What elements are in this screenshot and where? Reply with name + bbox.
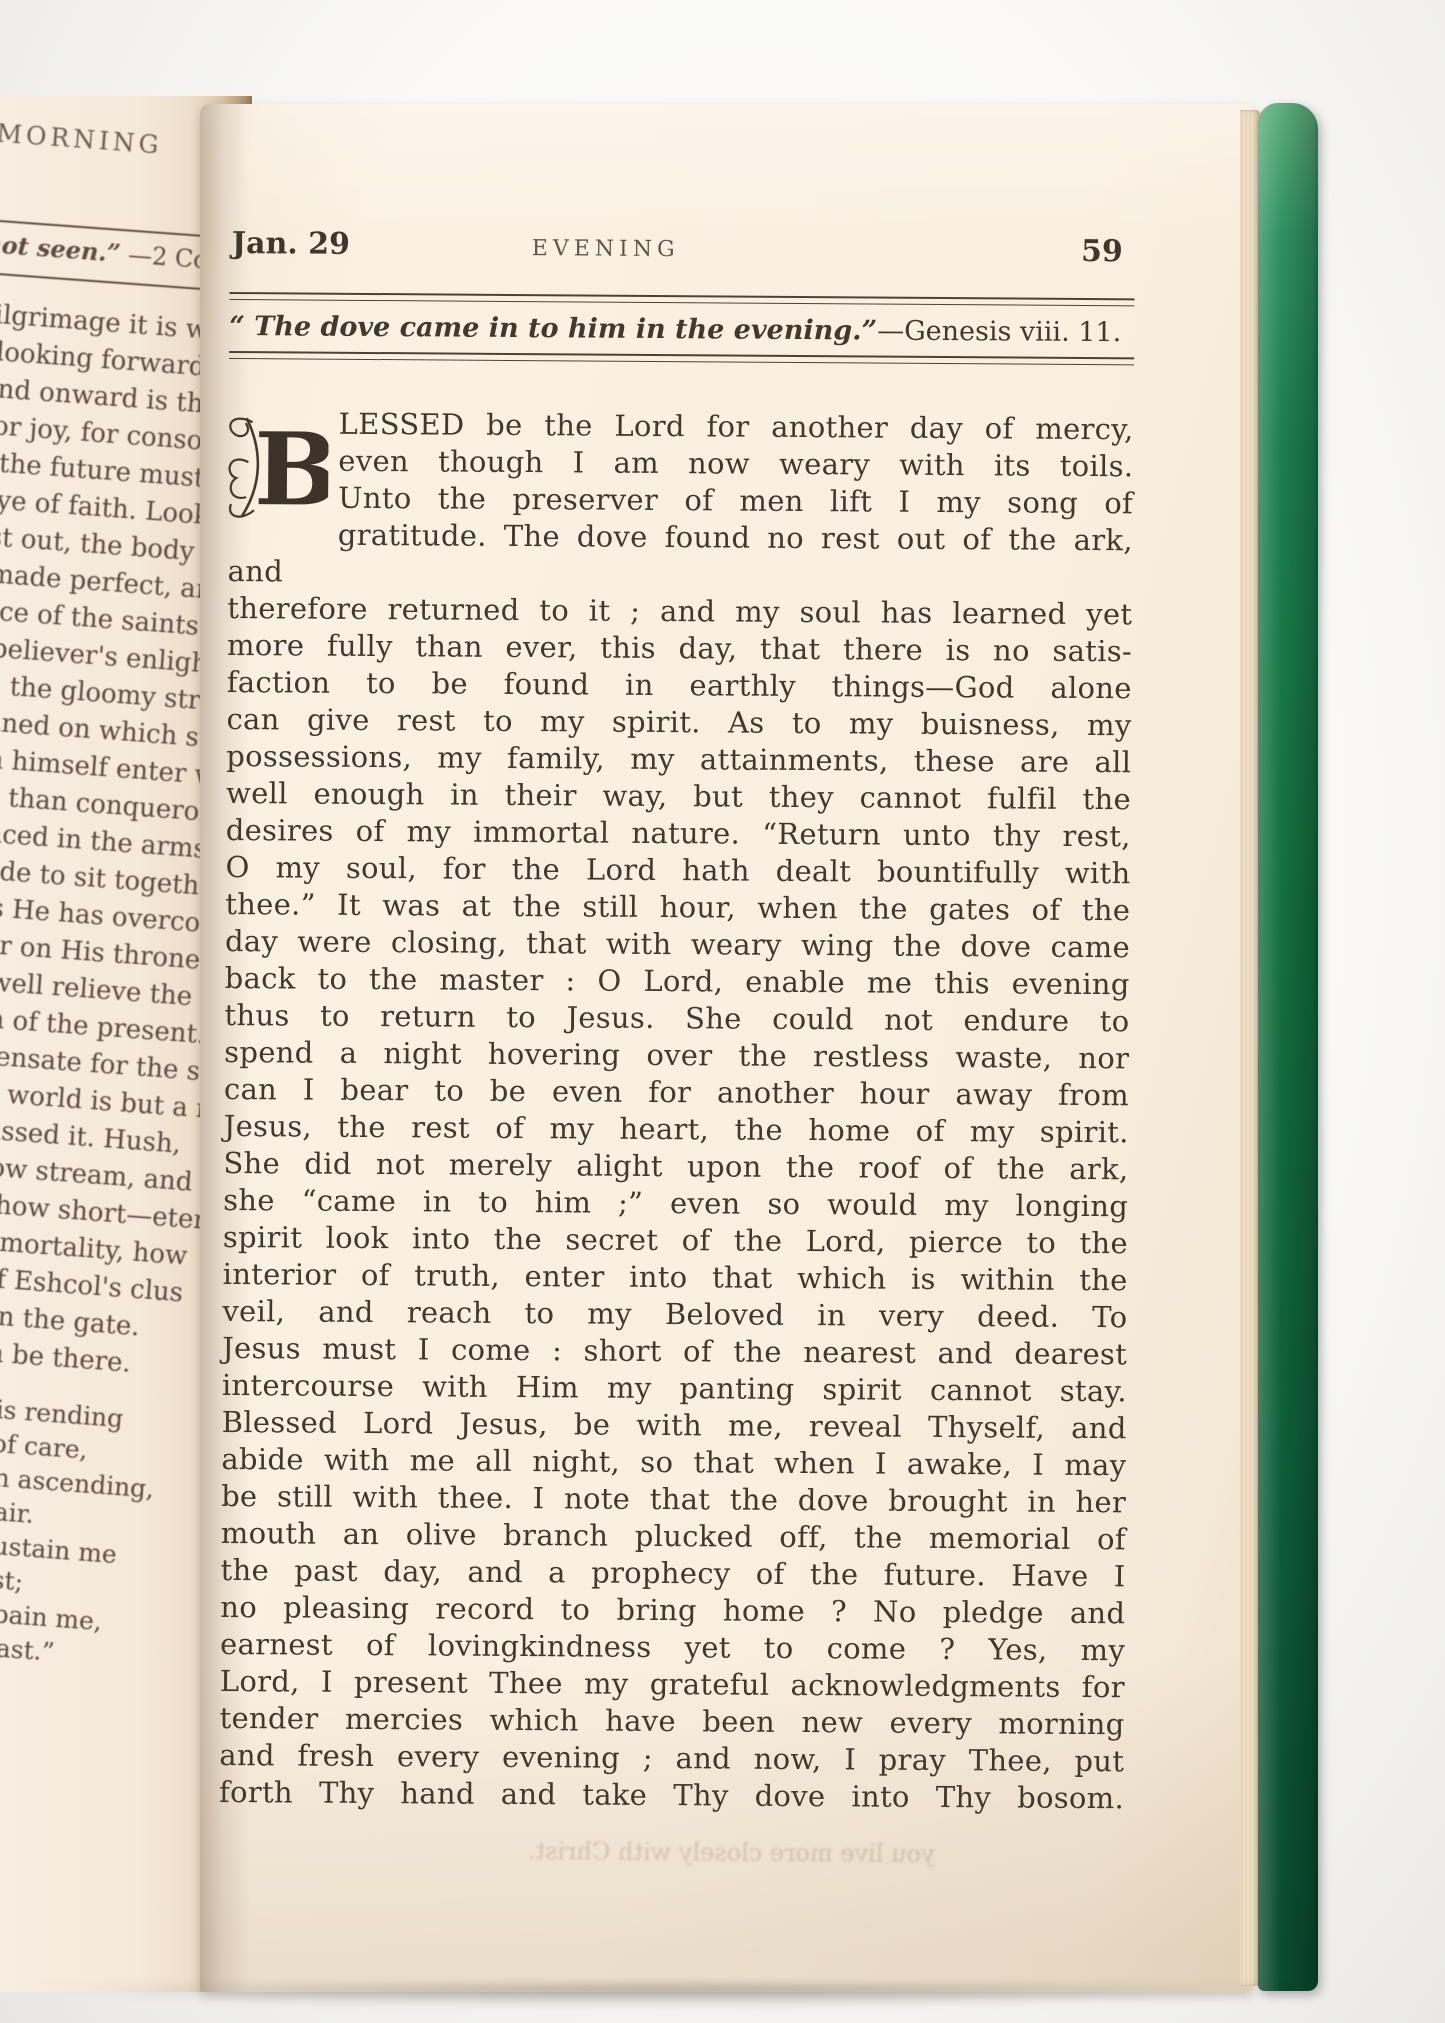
text-line: Jesus must I come : short of the nearest… [222, 1330, 1127, 1373]
right-page: Jan. 29 EVENING 59 “ The dove came in to… [200, 104, 1252, 1992]
text-line: Lord, I present Thee my grateful acknowl… [220, 1663, 1125, 1706]
text-line: Jesus, the rest of my heart, the home of… [224, 1108, 1129, 1151]
text-line: forth Thy hand and take Thy dove into Th… [219, 1774, 1124, 1817]
show-through-text: you live more closely with Christ. [219, 1835, 1124, 1869]
page-number: 59 [1081, 234, 1123, 269]
text-line: no pleasing record to bring home ? No pl… [220, 1589, 1125, 1632]
text-line: can give rest to my spirit. As to my bui… [226, 701, 1131, 744]
text-line: LESSED be the Lord for another day of me… [228, 405, 1133, 448]
page-header: Jan. 29 EVENING 59 [230, 226, 1135, 278]
text-line: She did not merely alight upon the roof … [223, 1145, 1128, 1188]
text-line: day were closing, that with weary wing t… [225, 923, 1130, 966]
green-cloth-cover [1258, 103, 1318, 1991]
quote-reference: —Genesis viii. 11. [877, 316, 1121, 349]
text-line: interior of truth, enter into that which… [223, 1256, 1128, 1299]
text-line: mouth an olive branch plucked off, the m… [221, 1515, 1126, 1558]
book-photo: MORNING Ja not seen.” —2 Corinthians iv.… [0, 0, 1445, 2023]
text-line: more fully than ever, this day, that the… [227, 627, 1132, 670]
text-line: thus to return to Jesus. She could not e… [224, 997, 1129, 1040]
text-line: be still with thee. I note that the dove… [221, 1478, 1126, 1521]
text-line: veil, and reach to my Beloved in very de… [222, 1293, 1127, 1336]
left-poem-fragments: y heart is rendingt storm of care,to hea… [0, 1386, 226, 1681]
text-line: Blessed Lord Jesus, be with me, reveal T… [222, 1404, 1127, 1447]
quote-text: “ The dove came in to him in the evening… [229, 311, 877, 347]
text-line: and fresh every evening ; and now, I pra… [219, 1737, 1124, 1780]
rule-below-quote [229, 351, 1134, 365]
text-line: tender mercies which have been new every… [219, 1700, 1124, 1743]
text-line: gratitude. The dove found no rest out of… [227, 516, 1132, 596]
text-line: earnest of lovingkindness yet to come ? … [220, 1626, 1125, 1669]
text-line: thee.” It was at the still hour, when th… [225, 886, 1130, 929]
header-date: Jan. 29 [232, 226, 350, 262]
text-line: faction to be found in earthly things—Go… [227, 664, 1132, 707]
devotional-text: B LESSED be the Lord for another day of … [219, 405, 1134, 1817]
text-line: she “came in to him ;” even so would my … [223, 1182, 1128, 1225]
rule-above-quote [229, 292, 1134, 306]
right-page-content: Jan. 29 EVENING 59 “ The dove came in to… [219, 226, 1135, 1869]
text-line: even though I am now weary with its toil… [228, 442, 1133, 485]
text-line: the past day, and a prophecy of the futu… [220, 1552, 1125, 1595]
ornate-initial-B: B [224, 410, 329, 525]
page-fore-edge [1240, 110, 1260, 1986]
text-line: O my soul, for the Lord hath dealt bount… [225, 849, 1130, 892]
svg-text:B: B [254, 410, 329, 525]
book-drop-shadow [20, 1984, 1310, 2010]
text-line: Unto the preserver of men lift I my song… [228, 479, 1133, 522]
text-line: spend a night hovering over the restless… [224, 1034, 1129, 1077]
text-line: intercourse with Him my panting spirit c… [222, 1367, 1127, 1410]
text-line: abide with me all night, so that when I … [221, 1441, 1126, 1484]
drop-cap-flourish: B [224, 410, 329, 525]
text-line: spirit look into the secret of the Lord,… [223, 1219, 1128, 1262]
text-line: back to the master : O Lord, enable me t… [225, 960, 1130, 1003]
left-quote-text: not seen.” [0, 229, 122, 268]
scripture-quote: “ The dove came in to him in the evening… [229, 311, 1134, 348]
text-line: can I bear to be even for another hour a… [224, 1071, 1129, 1114]
text-line: therefore returned to it ; and my soul h… [227, 590, 1132, 633]
header-title: EVENING [532, 236, 680, 262]
body-lines: LESSED be the Lord for another day of me… [219, 405, 1134, 1817]
text-line: desires of my immortal nature. “Return u… [226, 812, 1131, 855]
text-line: well enough in their way, but they canno… [226, 775, 1131, 818]
text-line: possessions, my family, my attainments, … [226, 738, 1131, 781]
